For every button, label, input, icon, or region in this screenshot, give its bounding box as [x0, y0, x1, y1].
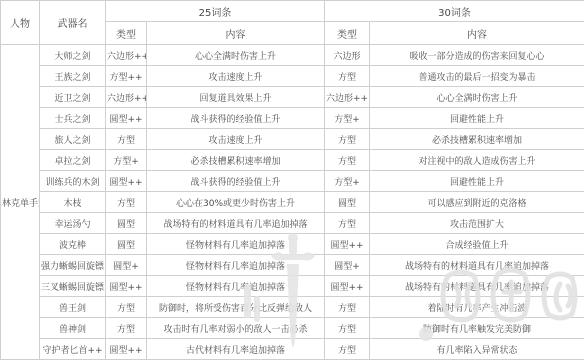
seal-30-type-cell: 六边形++: [325, 87, 370, 108]
seal-25-content-cell: 怪物材料有几率追加掉落: [147, 255, 325, 276]
weapon-name-cell: 王族之剑: [40, 66, 106, 87]
header-type-25: 类型: [106, 22, 147, 45]
seal-25-type-cell: 方型: [106, 129, 147, 150]
weapon-name-cell: 三叉蜥蜴回旋镖: [40, 276, 106, 297]
seal-30-content-cell: 有几率陷入异常状态: [370, 339, 584, 360]
seal-25-content-cell: 战场特有的材料道具有几率追加掉落: [147, 213, 325, 234]
seal-25-type-cell: 圆型: [106, 234, 147, 255]
seal-25-content-cell: 怪物材料有几率追加掉落: [147, 276, 325, 297]
seal-30-content-cell: 心心全满时伤害上升: [370, 87, 584, 108]
seal-25-type-cell: 圆型++: [106, 108, 147, 129]
seal-30-content-cell: 吸收一部分造成的伤害来回复心心: [370, 45, 584, 66]
seal-25-type-cell: 方型: [106, 192, 147, 213]
person-cell: 林克单手剑: [1, 45, 40, 360]
weapon-name-cell: 波克棒: [40, 234, 106, 255]
seal-25-content-cell: 古代材料有几率追加掉落: [147, 339, 325, 360]
seal-25-type-cell: 六边形++: [106, 87, 147, 108]
seal-30-content-cell: 攻击范围扩大: [370, 213, 584, 234]
seal-30-type-cell: 方型+: [325, 171, 370, 192]
seal-30-type-cell: 方型: [325, 150, 370, 171]
seal-25-content-cell: 防御时，将所受伤害百分比反弹给敌人: [147, 297, 325, 318]
header-person: 人物: [1, 1, 40, 45]
weapon-name-cell: 近卫之剑: [40, 87, 106, 108]
weapon-row: 三叉蜥蜴回旋镖 圆型++ 怪物材料有几率追加掉落 圆型++ 战场特有的材料道具有…: [1, 276, 584, 297]
weapon-name-cell: 守护者匕首++: [40, 339, 106, 360]
seal-25-type-cell: 圆型++: [106, 276, 147, 297]
weapon-name-cell: 木枝: [40, 192, 106, 213]
seal-30-content-cell: 普通攻击的最后一招变为暴击: [370, 66, 584, 87]
seal-25-type-cell: 六边形++: [106, 45, 147, 66]
weapon-name-cell: 卓拉之剑: [40, 150, 106, 171]
seal-30-content-cell: 回避性能上升: [370, 108, 584, 129]
seal-30-type-cell: 方型: [325, 213, 370, 234]
weapon-name-cell: 兽王剑: [40, 297, 106, 318]
seal-25-content-cell: 攻击速度上升: [147, 129, 325, 150]
seal-30-type-cell: 方型: [325, 339, 370, 360]
weapon-row: 林克单手剑 大师之剑 六边形++ 心心全满时伤害上升 六边形 吸收一部分造成的伤…: [1, 45, 584, 66]
seal-25-type-cell: 方型+: [106, 150, 147, 171]
weapon-row: 波克棒 圆型 怪物材料有几率追加掉落 圆型++ 合成经验值上升: [1, 234, 584, 255]
seal-30-content-cell: 必杀技槽累积速率增加: [370, 129, 584, 150]
weapon-row: 强力蜥蜴回旋镖 圆型+ 怪物材料有几率追加掉落 圆型+ 战场特有的材料道具有几率…: [1, 255, 584, 276]
weapon-seals-table-screen: 人物 武器名 25词条 30词条 类型 内容 类型 内容 林克单手剑 大师之剑 …: [0, 0, 584, 360]
weapon-row: 旅人之剑 方型 攻击速度上升 方型 必杀技槽累积速率增加: [1, 129, 584, 150]
seal-30-content-cell: 战场特有的材料道具有几率追加掉落: [370, 276, 584, 297]
table-body: 林克单手剑 大师之剑 六边形++ 心心全满时伤害上升 六边形 吸收一部分造成的伤…: [1, 45, 584, 360]
header-group-30: 30词条: [325, 1, 584, 22]
seal-25-type-cell: 圆型++: [106, 171, 147, 192]
seal-25-type-cell: 圆型+: [106, 255, 147, 276]
weapon-name-cell: 旅人之剑: [40, 129, 106, 150]
weapon-row: 幸运汤勺 圆型 战场特有的材料道具有几率追加掉落 方型 攻击范围扩大: [1, 213, 584, 234]
seal-25-content-cell: 战斗获得的经验值上升: [147, 171, 325, 192]
seal-25-type-cell: 圆型: [106, 213, 147, 234]
seal-25-content-cell: 攻击时有几率对弱小的敌人一击必杀: [147, 318, 325, 339]
seal-30-type-cell: 圆型++: [325, 234, 370, 255]
seal-25-content-cell: 心心在30%或更少时伤害上升: [147, 192, 325, 213]
weapon-row: 兽神剑 方型 攻击时有几率对弱小的敌人一击必杀 方型 防御时有几率触发完美防御: [1, 318, 584, 339]
seal-30-content-cell: 防御时有几率触发完美防御: [370, 318, 584, 339]
weapon-name-cell: 幸运汤勺: [40, 213, 106, 234]
seal-25-content-cell: 心心全满时伤害上升: [147, 45, 325, 66]
weapon-row: 卓拉之剑 方型+ 必杀技槽累积速率增加 方型 对注视中的敌人造成伤害上升: [1, 150, 584, 171]
header-content-25: 内容: [147, 22, 325, 45]
seal-30-content-cell: 对注视中的敌人造成伤害上升: [370, 150, 584, 171]
seal-25-content-cell: 攻击速度上升: [147, 66, 325, 87]
seal-30-content-cell: 可以感应到附近的克洛格: [370, 192, 584, 213]
seal-30-content-cell: 回避性能上升: [370, 171, 584, 192]
weapon-row: 近卫之剑 六边形++ 回复道具效果上升 六边形++ 心心全满时伤害上升: [1, 87, 584, 108]
seal-25-content-cell: 回复道具效果上升: [147, 87, 325, 108]
weapon-name-cell: 兽神剑: [40, 318, 106, 339]
weapon-row: 兽王剑 方型 防御时，将所受伤害百分比反弹给敌人 方型 着陆时有几率产生冲击波: [1, 297, 584, 318]
header-content-30: 内容: [370, 22, 584, 45]
seal-30-type-cell: 圆型+: [325, 255, 370, 276]
seal-30-type-cell: 方型+: [325, 108, 370, 129]
header-group-25: 25词条: [106, 1, 325, 22]
seal-30-type-cell: 方型: [325, 66, 370, 87]
weapon-name-cell: 训练兵的木剑: [40, 171, 106, 192]
weapon-name-cell: 强力蜥蜴回旋镖: [40, 255, 106, 276]
seal-25-type-cell: 方型: [106, 297, 147, 318]
seal-30-type-cell: 圆型: [325, 192, 370, 213]
weapon-row: 守护者匕首++ 圆型++ 古代材料有几率追加掉落 方型 有几率陷入异常状态: [1, 339, 584, 360]
seal-25-content-cell: 战斗获得的经验值上升: [147, 108, 325, 129]
seal-30-type-cell: 圆型++: [325, 276, 370, 297]
weapon-name-cell: 大师之剑: [40, 45, 106, 66]
weapon-seals-table: 人物 武器名 25词条 30词条 类型 内容 类型 内容 林克单手剑 大师之剑 …: [0, 0, 584, 360]
seal-30-content-cell: 战场特有的材料道具有几率追加掉落: [370, 255, 584, 276]
header-weapon-name: 武器名: [40, 1, 106, 45]
weapon-row: 木枝 方型 心心在30%或更少时伤害上升 圆型 可以感应到附近的克洛格: [1, 192, 584, 213]
seal-30-content-cell: 着陆时有几率产生冲击波: [370, 297, 584, 318]
weapon-row: 士兵之剑 圆型++ 战斗获得的经验值上升 方型+ 回避性能上升: [1, 108, 584, 129]
seal-25-content-cell: 怪物材料有几率追加掉落: [147, 234, 325, 255]
seal-25-content-cell: 必杀技槽累积速率增加: [147, 150, 325, 171]
seal-25-type-cell: 方型: [106, 318, 147, 339]
table-header: 人物 武器名 25词条 30词条 类型 内容 类型 内容: [1, 1, 584, 45]
weapon-row: 王族之剑 方型++ 攻击速度上升 方型 普通攻击的最后一招变为暴击: [1, 66, 584, 87]
seal-30-type-cell: 方型: [325, 129, 370, 150]
weapon-row: 训练兵的木剑 圆型++ 战斗获得的经验值上升 方型+ 回避性能上升: [1, 171, 584, 192]
seal-25-type-cell: 方型++: [106, 66, 147, 87]
seal-30-content-cell: 合成经验值上升: [370, 234, 584, 255]
seal-25-type-cell: 圆型++: [106, 339, 147, 360]
seal-30-type-cell: 方型: [325, 318, 370, 339]
seal-30-type-cell: 方型: [325, 297, 370, 318]
header-type-30: 类型: [325, 22, 370, 45]
weapon-name-cell: 士兵之剑: [40, 108, 106, 129]
seal-30-type-cell: 六边形: [325, 45, 370, 66]
